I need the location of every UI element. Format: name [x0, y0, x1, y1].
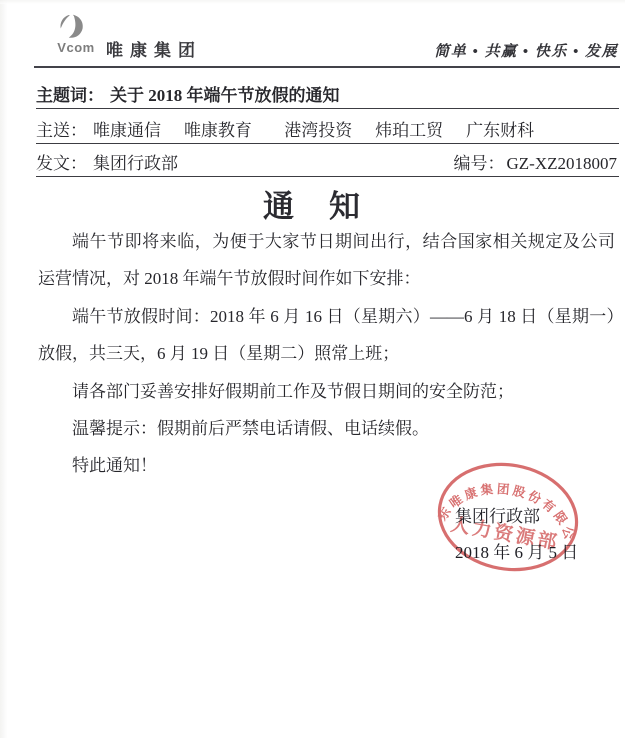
doc-number: 编号：GZ-XZ2018007	[454, 149, 617, 174]
notice-paragraph: 端午节即将来临，为便于大家节日期间出行，结合国家相关规定及公司运营情况，对 20…	[38, 223, 615, 298]
company-slogan: 简单 • 共赢 • 快乐 • 发展	[434, 40, 618, 61]
notice-paragraph: 请各部门妥善安排好假期前工作及节假日期间的安全防范；	[38, 373, 615, 410]
recipient-item: 炜珀工贸	[375, 121, 443, 140]
doc-number-label: 编号：	[454, 154, 505, 173]
scan-top-shadow	[0, 0, 625, 4]
issuer-value: 集团行政部	[93, 154, 178, 173]
notice-document-page: Vcom 唯康集团 简单 • 共赢 • 快乐 • 发展 主题词：关于 2018 …	[0, 0, 625, 738]
header-divider	[34, 66, 620, 68]
signature-date: 2018 年 6 月 5 日	[455, 535, 578, 571]
recipients-label: 主送：	[36, 121, 87, 140]
recipients-list: 唯康通信唯康教育港湾投资炜珀工贸广东财科	[93, 121, 534, 140]
recipient-item: 港湾投资	[284, 121, 352, 140]
vcom-swirl-logo-icon	[58, 13, 85, 40]
subject-label: 主题词：	[36, 86, 104, 105]
signature-department: 集团行政部	[455, 499, 578, 535]
notice-paragraph: 温馨提示：假期前后严禁电话请假、电话续假。	[38, 410, 615, 447]
recipient-item: 广东财科	[466, 121, 534, 140]
signature-block: 集团行政部 2018 年 6 月 5 日	[455, 499, 578, 571]
doc-number-value: GZ-XZ2018007	[507, 154, 617, 173]
issuer-row: 发文：集团行政部 编号：GZ-XZ2018007	[36, 149, 619, 177]
subject-value: 关于 2018 年端午节放假的通知	[110, 86, 340, 105]
notice-body: 端午节即将来临，为便于大家节日期间出行，结合国家相关规定及公司运营情况，对 20…	[38, 223, 615, 485]
scan-edge-shadow	[0, 0, 7, 738]
notice-title: 通 知	[0, 181, 625, 226]
subject-row: 主题词：关于 2018 年端午节放假的通知	[36, 81, 619, 109]
recipient-item: 唯康教育	[184, 121, 252, 140]
recipients-row: 主送：唯康通信唯康教育港湾投资炜珀工贸广东财科	[36, 116, 619, 144]
notice-paragraph: 端午节放假时间：2018 年 6 月 16 日（星期六）——6 月 18 日（星…	[38, 298, 615, 373]
issuer-label: 发文：	[36, 154, 87, 173]
company-name: 唯康集团	[106, 36, 202, 61]
recipient-item: 唯康通信	[93, 121, 161, 140]
logo-wordmark: Vcom	[53, 40, 99, 55]
